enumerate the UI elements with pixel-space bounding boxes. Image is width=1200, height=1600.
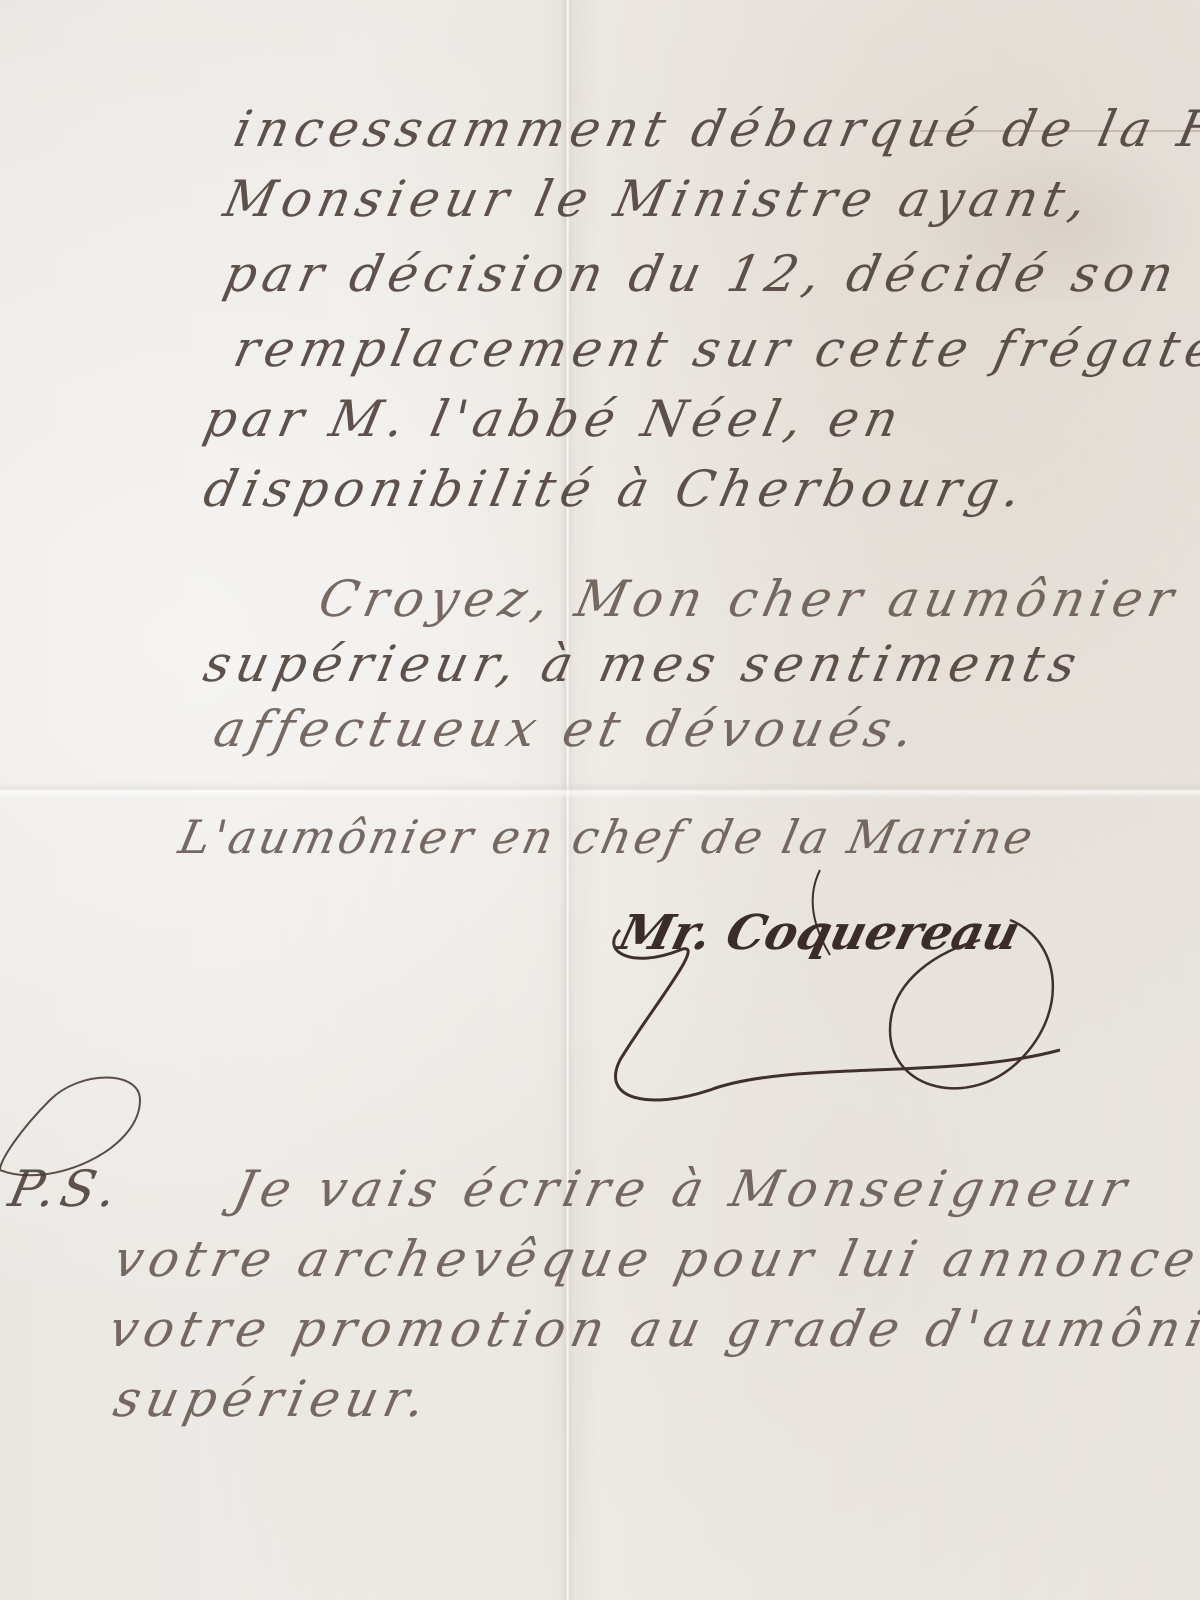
body-line-6: disponibilité à Cherbourg. — [199, 460, 1033, 518]
body-line-1: incessamment débarqué de la Flam… — [229, 100, 1200, 158]
body-line-5: par M. l'abbé Néel, en — [199, 390, 909, 448]
body-line-2: Monsieur le Ministre ayant, — [219, 170, 1098, 228]
signatory-title: L'aumônier en chef de la Marine — [174, 810, 1040, 864]
body-line-3: par décision du 12, décidé son — [219, 245, 1185, 303]
ps-line-1: Je vais écrire à Monseigneur — [229, 1160, 1138, 1218]
ps-label: P.S. — [4, 1160, 128, 1218]
ps-line-2: votre archevêque pour lui annoncer — [109, 1230, 1200, 1288]
letter-page: incessamment débarqué de la Flam… Monsie… — [0, 0, 1200, 1600]
closing-line-3: affectueux et dévoués. — [209, 700, 925, 758]
closing-line-1: Croyez, Mon cher aumônier — [314, 570, 1185, 628]
closing-line-2: supérieur, à mes sentiments — [199, 635, 1087, 693]
ps-line-3: votre promotion au grade d'aumônier — [104, 1300, 1200, 1358]
ps-line-4: supérieur. — [109, 1370, 437, 1428]
signature: Mr. Coquereau — [613, 905, 1025, 961]
body-line-4: remplacement sur cette frégate — [229, 320, 1200, 378]
signature-flourish-icon — [590, 860, 1090, 1120]
horizontal-fold-crease — [0, 782, 1200, 798]
vertical-fold-crease — [560, 0, 574, 1600]
